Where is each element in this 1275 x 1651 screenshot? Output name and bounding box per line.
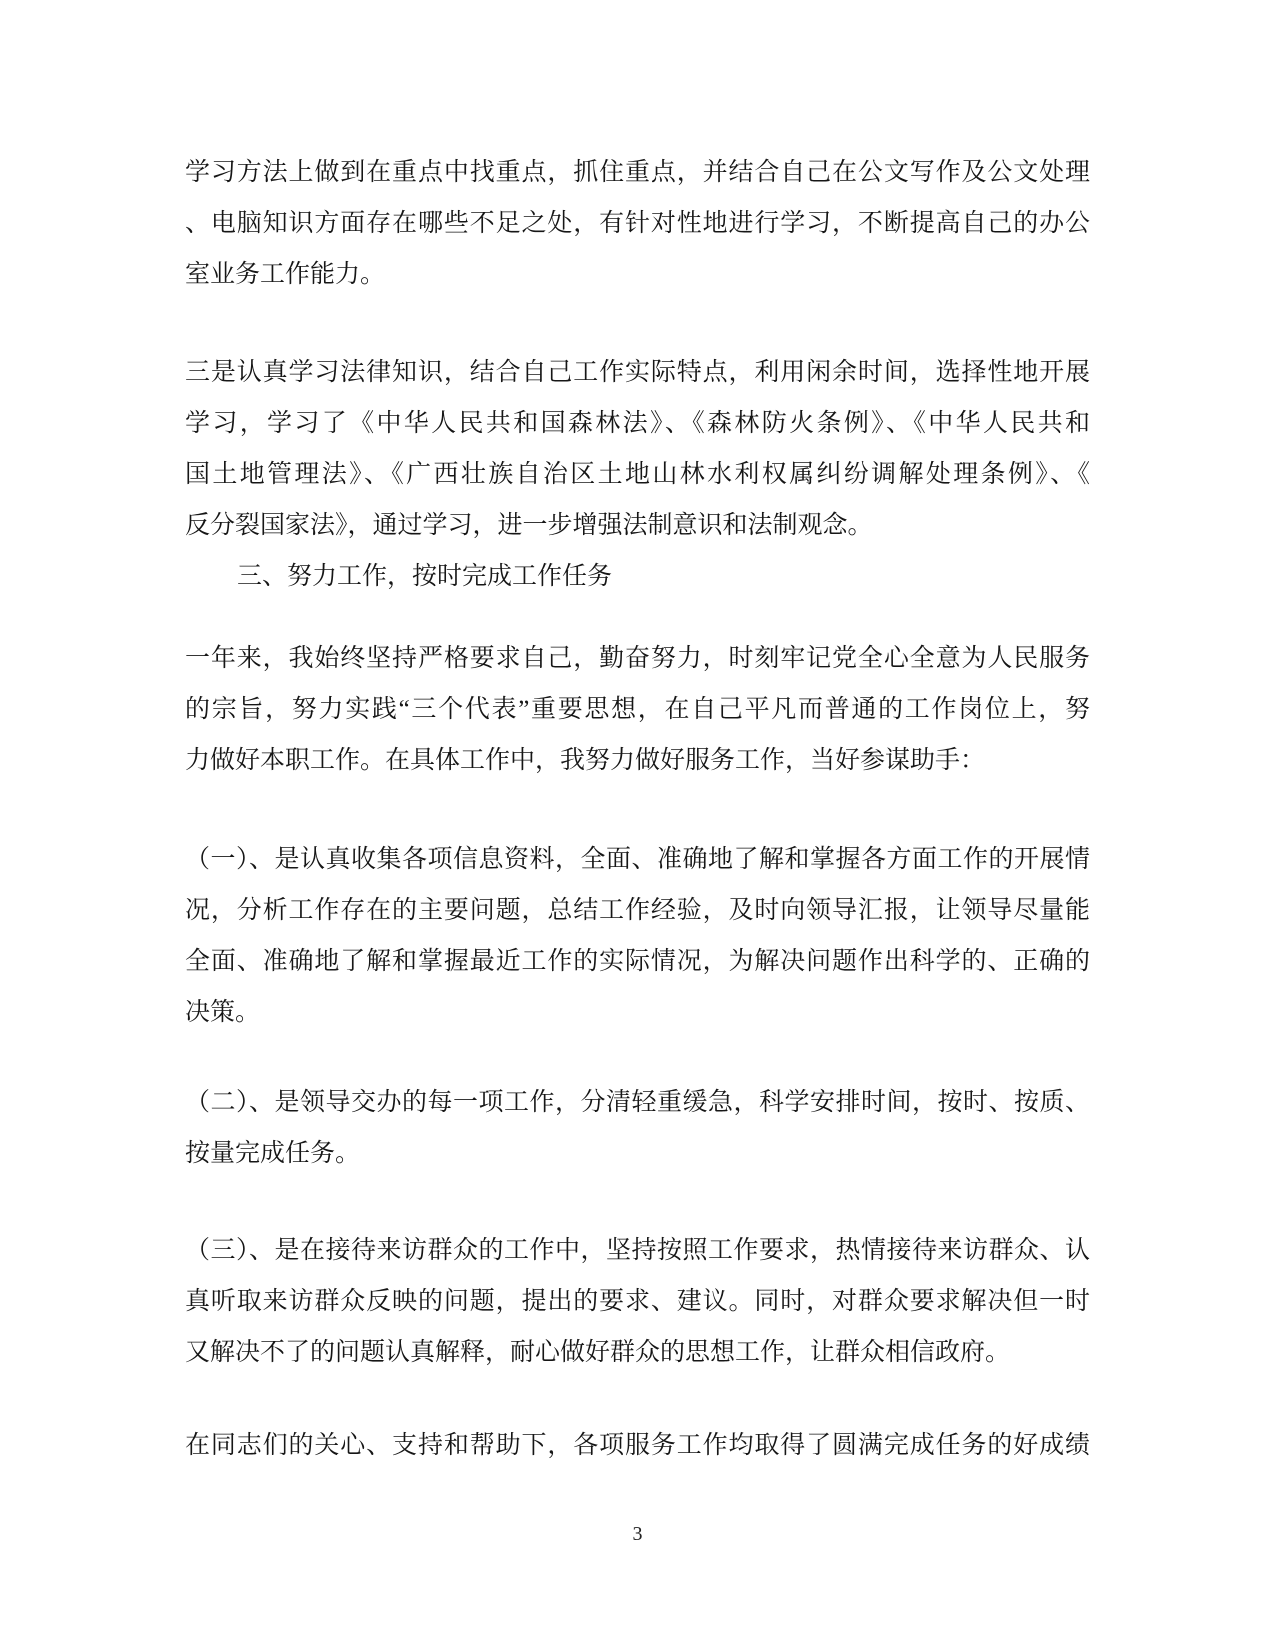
text-line: 学习，学习了《中华人民共和国森林法》、《森林防火条例》、《中华人民共和 [185,398,1090,449]
paragraph: （二）、是领导交办的每一项工作，分清轻重缓急，科学安排时间，按时、按质、按量完成… [185,1077,1090,1179]
paragraph: 学习方法上做到在重点中找重点，抓住重点，并结合自己在公文写作及公文处理、电脑知识… [185,147,1090,300]
text-line: 、电脑知识方面存在哪些不足之处，有针对性地进行学习，不断提高自己的办公 [185,198,1090,249]
paragraph: （一）、是认真收集各项信息资料，全面、准确地了解和掌握各方面工作的开展情况，分析… [185,834,1090,1038]
text-line: 在同志们的关心、支持和帮助下，各项服务工作均取得了圆满完成任务的好成绩 [185,1420,1090,1471]
text-line: 室业务工作能力。 [185,249,1090,300]
page-number: 3 [0,1522,1275,1546]
text-line: 全面、准确地了解和掌握最近工作的实际情况，为解决问题作出科学的、正确的 [185,936,1090,987]
text-line: 三、努力工作，按时完成工作任务 [185,551,1090,602]
text-line: 学习方法上做到在重点中找重点，抓住重点，并结合自己在公文写作及公文处理 [185,147,1090,198]
text-line: 的宗旨，努力实践“三个代表”重要思想，在自己平凡而普通的工作岗位上，努 [185,684,1090,735]
text-line: 真听取来访群众反映的问题，提出的要求、建议。同时，对群众要求解决但一时 [185,1276,1090,1327]
paragraph: 在同志们的关心、支持和帮助下，各项服务工作均取得了圆满完成任务的好成绩 [185,1420,1090,1471]
text-line: 况，分析工作存在的主要问题，总结工作经验，及时向领导汇报，让领导尽量能 [185,885,1090,936]
text-line: 国土地管理法》、《广西壮族自治区土地山林水利权属纠纷调解处理条例》、《 [185,449,1090,500]
text-line: （二）、是领导交办的每一项工作，分清轻重缓急，科学安排时间，按时、按质、 [185,1077,1090,1128]
paragraph: 三是认真学习法律知识，结合自己工作实际特点，利用闲余时间，选择性地开展学习，学习… [185,347,1090,551]
text-line: 力做好本职工作。在具体工作中，我努力做好服务工作，当好参谋助手： [185,735,1090,786]
paragraph: 三、努力工作，按时完成工作任务 [185,551,1090,602]
text-line: （三）、是在接待来访群众的工作中，坚持按照工作要求，热情接待来访群众、认 [185,1225,1090,1276]
document-body: 学习方法上做到在重点中找重点，抓住重点，并结合自己在公文写作及公文处理、电脑知识… [185,147,1090,1471]
text-line: （一）、是认真收集各项信息资料，全面、准确地了解和掌握各方面工作的开展情 [185,834,1090,885]
document-page: 学习方法上做到在重点中找重点，抓住重点，并结合自己在公文写作及公文处理、电脑知识… [0,0,1275,1651]
text-line: 一年来，我始终坚持严格要求自己，勤奋努力，时刻牢记党全心全意为人民服务 [185,633,1090,684]
text-line: 按量完成任务。 [185,1128,1090,1179]
paragraph: （三）、是在接待来访群众的工作中，坚持按照工作要求，热情接待来访群众、认真听取来… [185,1225,1090,1378]
text-line: 又解决不了的问题认真解释，耐心做好群众的思想工作，让群众相信政府。 [185,1327,1090,1378]
paragraph: 一年来，我始终坚持严格要求自己，勤奋努力，时刻牢记党全心全意为人民服务的宗旨，努… [185,633,1090,786]
text-line: 决策。 [185,987,1090,1038]
text-line: 反分裂国家法》，通过学习，进一步增强法制意识和法制观念。 [185,500,1090,551]
text-line: 三是认真学习法律知识，结合自己工作实际特点，利用闲余时间，选择性地开展 [185,347,1090,398]
